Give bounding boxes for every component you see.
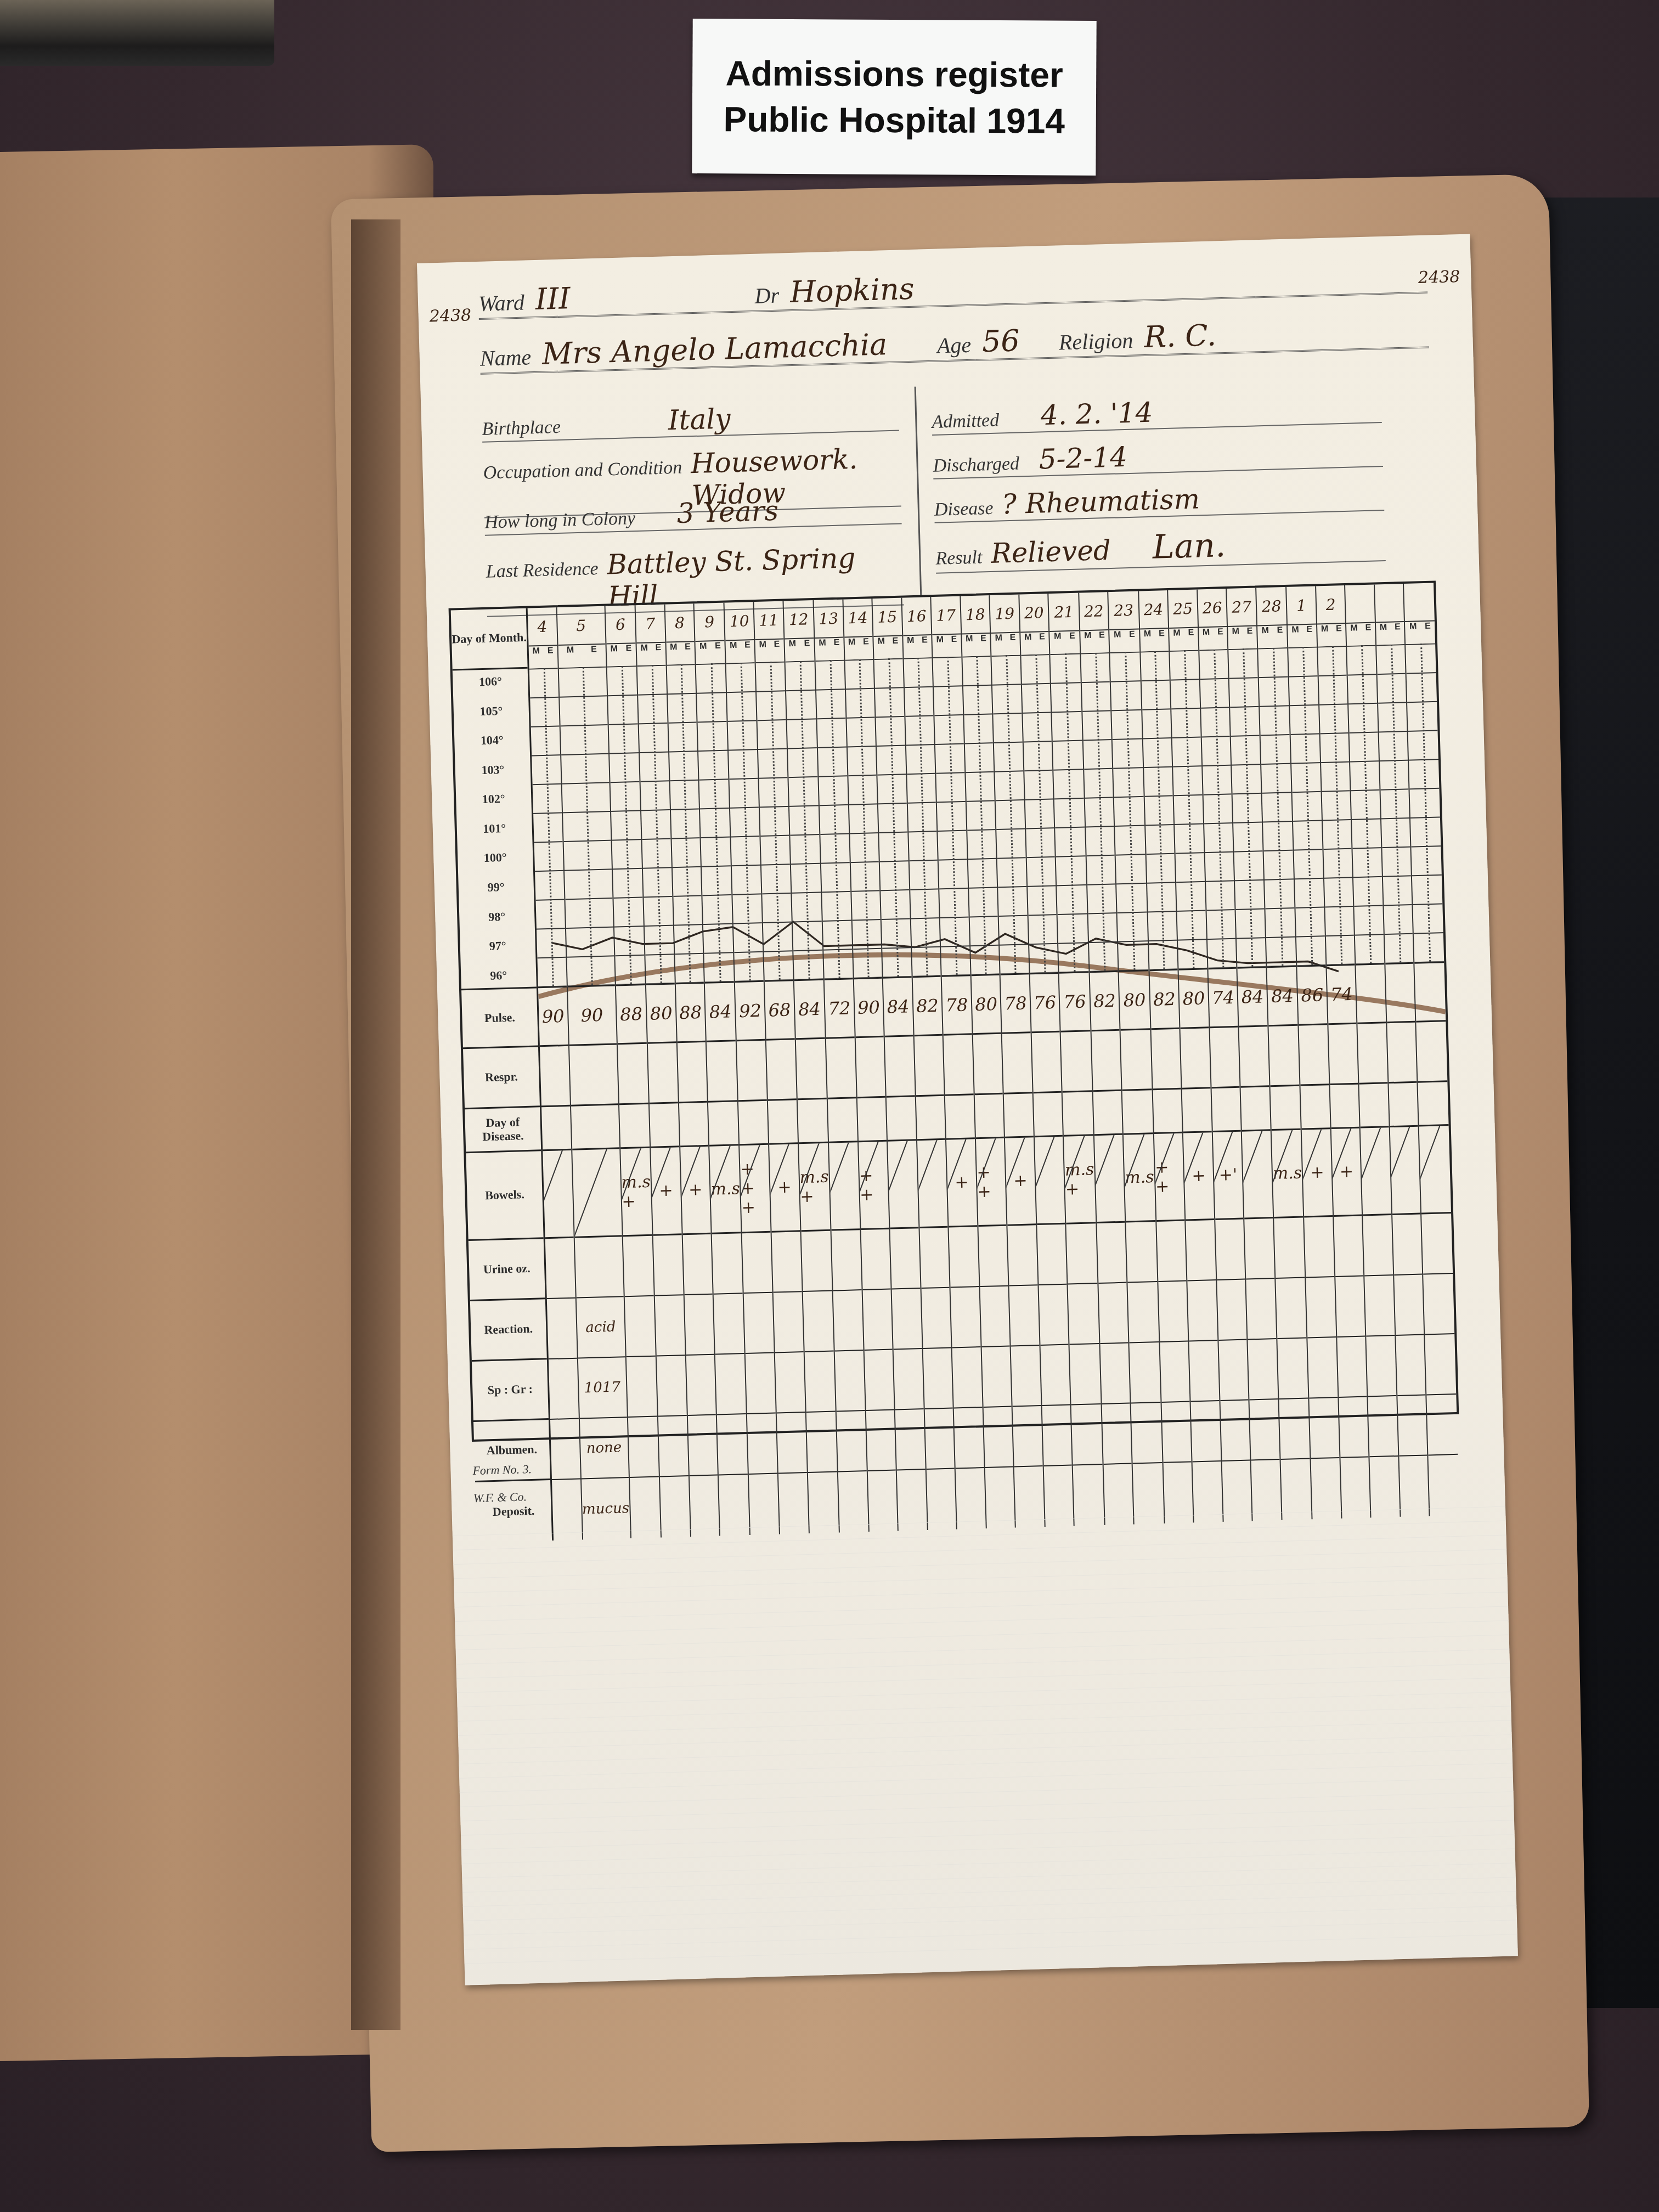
day-number: 17: [931, 596, 960, 635]
albumen-cell: [924, 1409, 955, 1470]
deposit-cell: [719, 1475, 749, 1536]
albumen-cell: [1071, 1404, 1102, 1465]
evening-label: E: [1217, 627, 1224, 649]
bowels-cell: [543, 1150, 573, 1239]
albumen-cell: [1368, 1396, 1398, 1457]
deposit-cell: [1103, 1464, 1133, 1525]
sp-gr-cell: [1248, 1339, 1278, 1400]
deposit-cell: [689, 1476, 719, 1537]
pulse-cell: 86: [1297, 964, 1328, 1025]
reaction-cell: [1158, 1282, 1188, 1342]
religion-value: R. C.: [1143, 318, 1216, 354]
morning-label: M: [995, 633, 1002, 655]
admitted-label: Admitted: [932, 410, 1000, 432]
sp-gr-cell: 1017: [578, 1357, 627, 1419]
urine-cell: [1097, 1223, 1127, 1284]
day-number: 27: [1227, 588, 1256, 627]
morning-evening-header: M E: [1346, 623, 1375, 646]
morning-evening-header: M E: [755, 640, 784, 662]
pulse-cell: 80: [1119, 969, 1150, 1030]
day-of-disease-cell: [679, 1103, 708, 1147]
albumen-cell: [550, 1419, 580, 1480]
day-of-disease-cell: [1182, 1088, 1212, 1133]
day-number: 25: [1168, 590, 1197, 629]
respiration-cell: [1181, 1028, 1211, 1089]
albumen-cell: [983, 1407, 1013, 1468]
disease-label: Disease: [934, 498, 994, 521]
sp-gr-cell: [1130, 1342, 1160, 1403]
morning-evening-header: M E: [606, 644, 636, 666]
albumen-cell: [1220, 1400, 1250, 1461]
label-reaction: Reaction.: [470, 1299, 547, 1362]
doctor-value: Hopkins: [789, 272, 915, 309]
respiration-cell: [737, 1041, 767, 1102]
evening-label: E: [1159, 629, 1165, 651]
birthplace-field: Birthplace Italy: [481, 398, 899, 443]
sp-gr-cell: [657, 1356, 687, 1417]
day-number: 4: [528, 607, 557, 646]
morning-evening-header: M E: [726, 640, 755, 663]
urine-cell: [978, 1226, 1008, 1287]
bowels-cell: m.s +: [1064, 1136, 1096, 1224]
temp-tick: 99°: [488, 881, 505, 894]
urine-cell: [574, 1237, 623, 1298]
deposit-cell: [630, 1477, 661, 1538]
evening-label: E: [804, 639, 810, 661]
temp-tick: 104°: [481, 733, 504, 747]
sp-gr-cell: [1337, 1336, 1367, 1397]
deposit-cell: [1311, 1458, 1341, 1519]
reaction-cell: [547, 1299, 577, 1359]
deposit-cell: [1429, 1455, 1460, 1516]
day-of-disease-cell: [1122, 1090, 1153, 1135]
urine-cell: [682, 1234, 713, 1295]
albumen-cell: [1042, 1406, 1072, 1466]
bowels-cell: + + +: [740, 1145, 771, 1233]
evening-label: E: [548, 646, 554, 668]
morning-label: M: [877, 636, 885, 658]
label-bowels: Bowels.: [466, 1151, 543, 1241]
respiration-cell: [1151, 1029, 1181, 1090]
urine-cell: [1008, 1225, 1038, 1286]
urine-cell: [801, 1231, 832, 1292]
urine-cell: [1186, 1220, 1216, 1281]
reaction-cell: [862, 1290, 893, 1351]
bowels-cell: +: [1005, 1137, 1036, 1226]
respiration-cell: [914, 1036, 944, 1097]
reaction-cell: [774, 1292, 804, 1353]
deposit-cell: [749, 1474, 779, 1535]
morning-label: M: [670, 642, 678, 664]
reaction-cell: [624, 1296, 655, 1357]
urine-cell: [1363, 1215, 1393, 1276]
reaction-cell: [1068, 1284, 1099, 1345]
respiration-cell: [1387, 1023, 1417, 1084]
temp-tick: 98°: [488, 910, 505, 924]
reaction-cell: [892, 1289, 922, 1350]
residence-label: Last Residence: [486, 558, 599, 583]
reaction-cell: [1365, 1276, 1395, 1336]
result-value: Relieved: [990, 534, 1111, 569]
pulse-cell: 80: [971, 974, 1001, 1035]
label-day-of-month: Day of Month.: [451, 608, 528, 671]
evening-label: E: [715, 641, 721, 663]
result-label: Result: [935, 547, 983, 569]
morning-evening-header: M E: [1020, 632, 1049, 654]
morning-label: M: [1232, 627, 1239, 648]
pulse-cell: 74: [1327, 964, 1357, 1025]
morning-evening-header: M E: [1288, 624, 1317, 647]
respiration-cell: [973, 1034, 1003, 1095]
deposit-cell: [1073, 1465, 1104, 1526]
morning-evening-header: M E: [1228, 627, 1257, 649]
colony-value: 3 Years: [676, 495, 779, 529]
day-of-disease-cell: [974, 1094, 1004, 1139]
sp-gr-cell: [775, 1352, 805, 1413]
reaction-cell: [1217, 1280, 1247, 1341]
morning-label: M: [936, 635, 944, 657]
respiration-cell: [1210, 1028, 1240, 1088]
temp-tick: 105°: [479, 704, 503, 718]
evening-label: E: [774, 640, 780, 662]
day-of-disease-cell: [1241, 1087, 1271, 1131]
ward-value: III: [535, 276, 744, 317]
result-field: Result Relieved Lan.: [935, 522, 1386, 574]
pulse-cell: 80: [1179, 968, 1209, 1029]
reaction-cell: [684, 1295, 714, 1356]
albumen-cell: [1279, 1398, 1310, 1459]
sp-gr-cell: [746, 1353, 776, 1414]
morning-label: M: [699, 642, 707, 664]
deposit-cell: [1251, 1460, 1282, 1521]
pulse-cell: 80: [646, 983, 676, 1043]
urine-cell: [1126, 1222, 1157, 1283]
day-of-disease-cell: [887, 1097, 916, 1141]
albumen-cell: [628, 1417, 659, 1478]
day-of-disease-cell: [1063, 1092, 1093, 1136]
albumen-cell: [1427, 1395, 1458, 1455]
name-label: Name: [479, 344, 532, 371]
pulse-cell: [1415, 961, 1446, 1022]
colony-label: How long in Colony: [484, 508, 636, 533]
bowels-cell: + +: [1154, 1133, 1185, 1222]
urine-cell: [712, 1233, 743, 1294]
morning-evening-header: M E: [1169, 628, 1198, 651]
morning-label: M: [848, 637, 856, 659]
sp-gr-cell: [1218, 1340, 1249, 1401]
day-number: [1375, 584, 1404, 623]
day-of-disease-cell: [916, 1096, 945, 1141]
sp-gr-cell: [1011, 1346, 1041, 1407]
day-number: 16: [902, 597, 931, 636]
temp-tick: 100°: [484, 851, 507, 865]
sp-gr-cell: [864, 1350, 894, 1411]
disease-value: ? Rheumatism: [1002, 483, 1200, 520]
urine-cell: [1156, 1221, 1187, 1282]
sp-gr-cell: [1040, 1345, 1070, 1406]
day-of-disease-cell: [1359, 1084, 1389, 1128]
evening-label: E: [951, 635, 957, 657]
deposit-cell: [1222, 1460, 1252, 1521]
bowels-cell: m.s +: [620, 1148, 652, 1237]
day-number: 22: [1079, 592, 1108, 631]
albumen-cell: [1310, 1398, 1340, 1459]
day-number: 19: [990, 595, 1019, 634]
day-number: [1404, 583, 1434, 622]
temperature-chart: Day of Month. 106° 105° 104° 103° 102° 1…: [449, 580, 1459, 1442]
morning-evening-header: M E: [962, 634, 991, 656]
day-number: 26: [1198, 589, 1227, 628]
urine-cell: [1066, 1223, 1097, 1284]
respiration-cell: [677, 1042, 707, 1103]
morning-label: M: [788, 639, 796, 661]
label-respr: Respr.: [463, 1047, 540, 1109]
pulse-cell: 78: [1001, 973, 1031, 1034]
pulse-cell: 84: [1267, 966, 1297, 1026]
albumen-cell: [1161, 1402, 1192, 1463]
evening-label: E: [1188, 628, 1194, 650]
evening-label: E: [625, 644, 632, 665]
signature: Lan.: [1152, 526, 1226, 567]
day-of-disease-cell: [1033, 1093, 1063, 1137]
albumen-cell: none: [579, 1418, 628, 1479]
respiration-cell: [1268, 1026, 1299, 1087]
morning-label: M: [610, 644, 618, 666]
deposit-cell: [778, 1473, 809, 1534]
morning-label: M: [1203, 628, 1210, 650]
bowels-cell: [829, 1142, 860, 1231]
morning-label: M: [966, 634, 973, 656]
age-value: 56: [981, 323, 1048, 359]
albumen-cell: [954, 1408, 984, 1469]
religion-label: Religion: [1058, 328, 1133, 356]
respiration-cell: [885, 1036, 915, 1097]
respiration-cell: [618, 1044, 648, 1105]
day-number: 23: [1108, 591, 1138, 630]
respiration-cell: [1328, 1024, 1358, 1085]
pulse-cell: 88: [616, 984, 646, 1045]
day-number: 28: [1256, 587, 1286, 626]
morning-evening-header: M E: [1317, 624, 1346, 646]
ward-label: Ward: [478, 290, 524, 317]
morning-evening-header: M E: [529, 646, 558, 668]
urine-cell: [1304, 1217, 1334, 1278]
reaction-cell: [1424, 1274, 1455, 1335]
reaction-cell: [1306, 1277, 1336, 1338]
pulse-cell: [1356, 963, 1386, 1024]
bowels-cell: m.s: [1124, 1134, 1155, 1222]
deposit-cell: [1399, 1455, 1429, 1516]
chart-grid: 4 M E 90 5 M E 90 acid 1017 none mucus 6…: [528, 583, 1460, 1540]
pulse-cell: 76: [1030, 972, 1060, 1033]
day-of-disease-cell: [797, 1099, 828, 1144]
deposit-cell: [897, 1470, 927, 1531]
respiration-cell: [855, 1037, 885, 1098]
bowels-cell: [917, 1140, 948, 1228]
albumen-cell: [1191, 1401, 1221, 1462]
reaction-cell: [951, 1287, 981, 1348]
pulse-cell: 90: [538, 986, 568, 1047]
exhibit-label-line2: Public Hospital 1914: [723, 96, 1065, 144]
albumen-cell: [1131, 1403, 1162, 1464]
urine-cell: [1392, 1215, 1423, 1276]
deposit-cell: [926, 1469, 956, 1530]
respiration-cell: [1061, 1031, 1092, 1092]
day-number: 6: [605, 605, 635, 644]
reaction-cell: [1335, 1277, 1365, 1338]
reaction-cell: [1009, 1285, 1040, 1346]
morning-evening-header: M E: [1199, 627, 1228, 650]
pulse-cell: 76: [1059, 971, 1090, 1032]
admitted-field: Admitted 4. 2. '14: [931, 390, 1381, 436]
morning-evening-header: M E: [903, 635, 932, 658]
morning-label: M: [907, 636, 915, 658]
day-of-disease-cell: [1301, 1085, 1330, 1130]
urine-cell: [1215, 1220, 1245, 1280]
albumen-cell: [1102, 1404, 1132, 1465]
urine-cell: [1334, 1216, 1364, 1277]
morning-evening-header: M E: [815, 638, 844, 661]
bowels-cell: [1419, 1126, 1451, 1214]
birthplace-value: Italy: [668, 403, 731, 436]
day-number: 21: [1049, 593, 1079, 632]
bowels-cell: [1094, 1135, 1125, 1223]
morning-evening-header: M E: [1257, 625, 1287, 648]
reaction-cell: [714, 1294, 744, 1355]
discharged-label: Discharged: [933, 453, 1019, 476]
reaction-cell: [803, 1291, 833, 1352]
sp-gr-cell: [952, 1347, 983, 1408]
day-number: 9: [695, 603, 725, 642]
albumen-cell: [806, 1412, 837, 1473]
reaction-cell: [833, 1290, 864, 1351]
temperature-scale: 106° 105° 104° 103° 102° 101° 100° 99° 9…: [453, 669, 537, 989]
form-number: Form No. 3.: [472, 1462, 532, 1478]
respiration-cell: [1417, 1022, 1448, 1082]
sp-gr-cell: [981, 1347, 1012, 1408]
evening-label: E: [1039, 632, 1046, 654]
respiration-cell: [1121, 1030, 1152, 1091]
evening-label: E: [1425, 622, 1431, 644]
day-of-disease-cell: [1153, 1090, 1182, 1134]
morning-label: M: [1024, 633, 1032, 654]
day-number: 10: [725, 602, 754, 641]
temperature-cell: [558, 667, 614, 986]
respiration-cell: [648, 1043, 678, 1104]
respiration-cell: [826, 1038, 856, 1099]
reaction-cell: [1394, 1275, 1424, 1336]
albumen-cell: [1397, 1395, 1427, 1456]
morning-label: M: [1380, 623, 1387, 645]
doctor-label: Dr: [754, 283, 780, 309]
deposit-cell: [1133, 1463, 1164, 1524]
urine-cell: [919, 1228, 950, 1289]
morning-evening-header: M E: [1405, 621, 1435, 644]
reaction-cell: [1128, 1282, 1159, 1343]
reaction-cell: [655, 1295, 685, 1356]
urine-cell: [623, 1236, 653, 1297]
bowels-cell: +: [651, 1147, 681, 1235]
respiration-cell: [1299, 1025, 1329, 1086]
deposit-cell: [838, 1471, 868, 1532]
bowels-cell: m.s: [709, 1145, 741, 1234]
evening-label: E: [1277, 625, 1283, 647]
morning-label: M: [1173, 628, 1181, 650]
evening-label: E: [980, 634, 987, 656]
temp-tick: 106°: [479, 675, 502, 689]
bowels-cell: +: [1331, 1128, 1362, 1217]
respiration-cell: [1091, 1031, 1121, 1092]
pulse-cell: 90: [567, 984, 616, 1046]
day-of-disease-cell: [1389, 1083, 1418, 1127]
sp-gr-cell: [804, 1352, 835, 1413]
discharged-value: 5-2-14: [1039, 441, 1128, 475]
morning-label: M: [1261, 626, 1269, 648]
bowels-cell: + +: [859, 1142, 889, 1230]
label-sp-gr: Sp : Gr :: [472, 1359, 549, 1422]
deposit-cell: [1043, 1466, 1074, 1527]
evening-label: E: [1129, 630, 1136, 652]
sp-gr-cell: [923, 1348, 953, 1409]
sp-gr-cell: [1277, 1338, 1308, 1399]
urine-cell: [1245, 1218, 1275, 1279]
reaction-cell: [1098, 1283, 1128, 1344]
morning-label: M: [1084, 631, 1092, 653]
bowels-cell: + +: [976, 1138, 1007, 1227]
birthplace-label: Birthplace: [482, 417, 561, 440]
morning-label: M: [1350, 623, 1358, 645]
urine-cell: [949, 1227, 979, 1288]
albumen-cell: [1250, 1400, 1280, 1460]
pulse-cell: 78: [942, 974, 972, 1035]
day-of-disease-cell: [1270, 1086, 1301, 1131]
bowels-cell: [1242, 1131, 1273, 1219]
evening-label: E: [591, 645, 597, 667]
respiration-cell: [1002, 1033, 1032, 1094]
urine-cell: [890, 1228, 921, 1289]
day-number: 15: [872, 598, 901, 637]
bowels-cell: +': [1213, 1132, 1244, 1220]
morning-evening-header: M E: [1080, 630, 1109, 653]
day-number: 8: [665, 603, 694, 642]
bowels-cell: [1361, 1127, 1391, 1216]
day-of-disease-cell: [1211, 1088, 1241, 1132]
deposit-cell: [1014, 1466, 1045, 1527]
bowels-cell: +: [1183, 1132, 1214, 1221]
admitted-value: 4. 2. '14: [1040, 397, 1153, 432]
pulse-cell: 84: [1238, 966, 1268, 1027]
morning-evening-header: M E: [932, 635, 961, 657]
sp-gr-cell: [1396, 1335, 1426, 1396]
day-number: 7: [636, 605, 665, 644]
respiration-cell: [1358, 1023, 1388, 1084]
day-number: 13: [814, 600, 843, 639]
sp-gr-cell: [1189, 1341, 1220, 1402]
urine-cell: [1037, 1224, 1067, 1285]
morning-label: M: [567, 645, 574, 667]
temp-tick: 103°: [481, 763, 504, 777]
reaction-cell: [1246, 1279, 1277, 1340]
albumen-cell: [747, 1414, 777, 1475]
day-of-disease-cell: [828, 1098, 857, 1143]
deposit-cell: [808, 1472, 838, 1533]
day-number: 18: [961, 595, 990, 634]
sp-gr-cell: [894, 1349, 924, 1410]
respiration-cell: [944, 1035, 974, 1096]
morning-evening-header: M E: [558, 645, 606, 668]
evening-label: E: [1306, 625, 1313, 647]
sp-gr-cell: [1367, 1336, 1397, 1397]
